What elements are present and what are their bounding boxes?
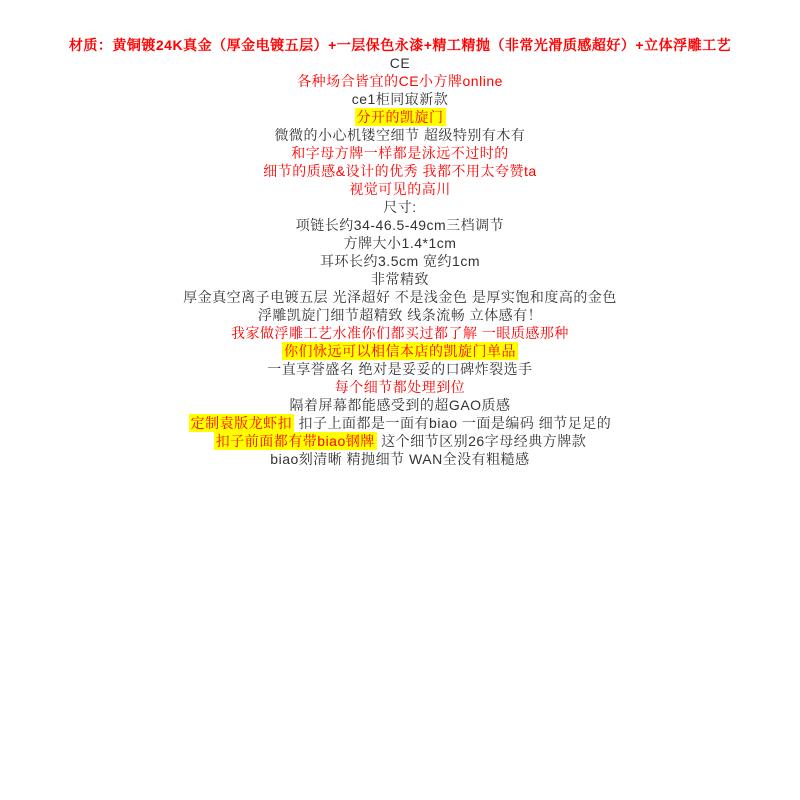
- every-detail-line-text: 每个细节都处理到位: [335, 379, 466, 395]
- plate-size: 方牌大小1.4*1cm: [0, 234, 800, 252]
- plating-detail-line-text: 厚金真空离子电镀五层 光泽超好 不是浅金色 是厚实饱和度高的金色: [183, 289, 617, 305]
- relief-detail-line: 浮雕凯旋门细节超精致 线条流畅 立体感有！: [0, 306, 800, 324]
- necklace-length-text: 项链长约34-46.5-49cm三档调节: [296, 217, 504, 233]
- material-title: 材质：黄铜镀24K真金（厚金电镀五层）+一层保色永漆+精工精抛（非常光滑质感超好…: [0, 36, 800, 54]
- material-title-text: 材质：黄铜镀24K真金（厚金电镀五层）+一层保色永漆+精工精抛（非常光滑质感超好…: [69, 37, 731, 53]
- texture-praise-line: 细节的质感&设计的优秀 我都不用太夸赞ta: [0, 162, 800, 180]
- visible-quality-line: 视觉可见的高川: [0, 180, 800, 198]
- counter-new-style: ce1柜同㝡新款: [0, 90, 800, 108]
- timeless-line-text: 和字母方牌一样都是泳远不过时的: [291, 145, 509, 161]
- clasp-detail-line: 定制袁版龙虾扣 扣子上面都是一面有biao 一面是编码 细节足足的: [0, 414, 800, 432]
- clasp-detail-line-text: 扣子上面都是一面有biao 一面是编码 细节足足的: [294, 415, 611, 431]
- earring-size-text: 耳环长约3.5cm 宽约1cm: [320, 253, 480, 269]
- counter-new-style-text: ce1柜同㝡新款: [352, 91, 449, 107]
- arc-de-triomphe-highlight: 分开的凯旋门: [0, 108, 800, 126]
- size-heading-text: 尺寸:: [383, 199, 416, 215]
- reputation-line: 一直享誉盛名 绝对是妥妥的口碑炸裂选手: [0, 360, 800, 378]
- very-delicate-line-text: 非常精致: [371, 271, 429, 287]
- product-description: 材质：黄铜镀24K真金（厚金电镀五层）+一层保色永漆+精工精抛（非常光滑质感超好…: [0, 0, 800, 468]
- necklace-length: 项链长约34-46.5-49cm三档调节: [0, 216, 800, 234]
- arc-de-triomphe-highlight-text: 分开的凯旋门: [355, 108, 446, 126]
- clasp-detail-line-text: 定制袁版龙虾扣: [189, 414, 295, 432]
- screen-quality-line: 隔着屏幕都能感受到的超GAO质感: [0, 396, 800, 414]
- clasp-plate-line-text: 扣子前面都有带biao钢牌: [214, 432, 377, 450]
- tagline-text: 各种场合皆宜的CE小方牌online: [297, 73, 503, 89]
- clasp-plate-line: 扣子前面都有带biao钢牌 这个细节区别26字母经典方牌款: [0, 432, 800, 450]
- brand-line-text: CE: [390, 55, 410, 71]
- engraving-line-text: biao刻清晰 精抛细节 WAN全没有粗糙感: [270, 451, 529, 467]
- visible-quality-line-text: 视觉可见的高川: [349, 181, 451, 197]
- tagline: 各种场合皆宜的CE小方牌online: [0, 72, 800, 90]
- trust-store-highlight: 你们怺远可以相信本店的凯旋门单品: [0, 342, 800, 360]
- hollow-detail-line: 微微的小心机镂空细节 超级特别有木有: [0, 126, 800, 144]
- screen-quality-line-text: 隔着屏幕都能感受到的超GAO质感: [289, 397, 510, 413]
- engraving-line: biao刻清晰 精抛细节 WAN全没有粗糙感: [0, 450, 800, 468]
- plating-detail-line: 厚金真空离子电镀五层 光泽超好 不是浅金色 是厚实饱和度高的金色: [0, 288, 800, 306]
- relief-detail-line-text: 浮雕凯旋门细节超精致 线条流畅 立体感有！: [258, 307, 542, 323]
- texture-praise-line-text: 细节的质感&设计的优秀 我都不用太夸赞ta: [263, 163, 536, 179]
- trust-store-highlight-text: 你们怺远可以相信本店的凯旋门单品: [282, 342, 518, 360]
- every-detail-line: 每个细节都处理到位: [0, 378, 800, 396]
- craft-reputation-line: 我家做浮雕工艺水准你们都买过都了解 一眼质感那种: [0, 324, 800, 342]
- reputation-line-text: 一直享誉盛名 绝对是妥妥的口碑炸裂选手: [267, 361, 532, 377]
- hollow-detail-line-text: 微微的小心机镂空细节 超级特别有木有: [275, 127, 526, 143]
- clasp-plate-line-text: 这个细节区别26字母经典方牌款: [377, 433, 586, 449]
- plate-size-text: 方牌大小1.4*1cm: [344, 235, 457, 251]
- brand-line: CE: [0, 54, 800, 72]
- earring-size: 耳环长约3.5cm 宽约1cm: [0, 252, 800, 270]
- size-heading: 尺寸:: [0, 198, 800, 216]
- craft-reputation-line-text: 我家做浮雕工艺水准你们都买过都了解 一眼质感那种: [231, 325, 569, 341]
- timeless-line: 和字母方牌一样都是泳远不过时的: [0, 144, 800, 162]
- very-delicate-line: 非常精致: [0, 270, 800, 288]
